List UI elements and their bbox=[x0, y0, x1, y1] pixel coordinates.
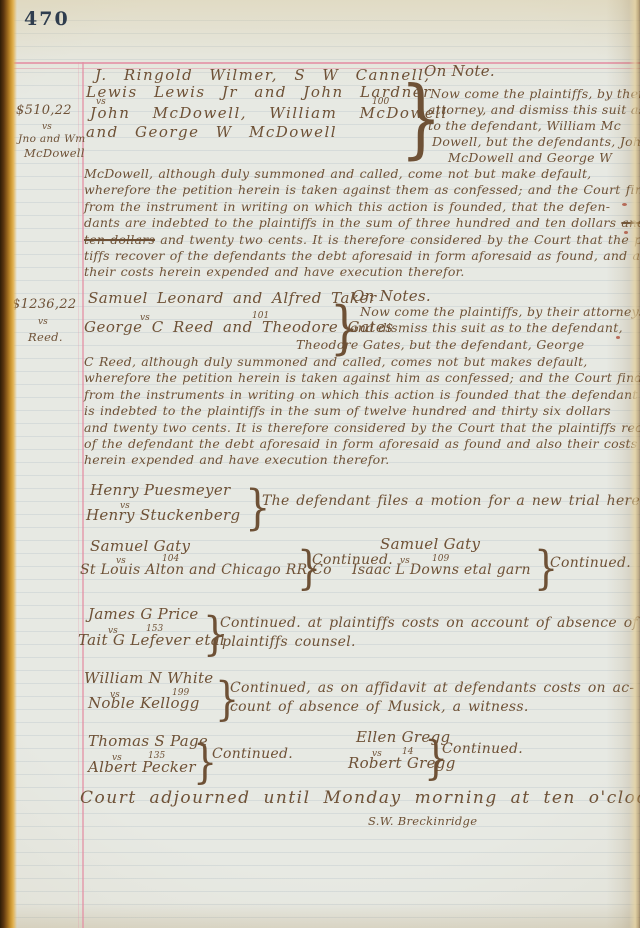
cause-of-action: On Notes. bbox=[352, 287, 431, 305]
entry-note: Continued, as on affidavit at defendants… bbox=[230, 680, 634, 696]
body-line: their costs herein expended and have exe… bbox=[84, 264, 640, 280]
margin-parties: Reed. bbox=[28, 330, 63, 344]
annotation-line: to the defendant, William Mc bbox=[428, 118, 621, 133]
body-line: dants are indebted to the plaintiffs in … bbox=[84, 215, 640, 231]
page-rule-horizontal bbox=[13, 62, 640, 64]
defendant-caption: St Louis Alton and Chicago RR Co bbox=[80, 562, 332, 578]
body-line: from the instrument in writing on which … bbox=[84, 199, 640, 215]
entry-note: Continued. bbox=[550, 555, 631, 571]
judgment-entry-text: C Reed, although duly summoned and calle… bbox=[84, 354, 640, 469]
plaintiff-caption: Thomas S Page bbox=[88, 732, 208, 750]
plaintiff-caption: J. Ringold Wilmer, S W Cannell, bbox=[95, 66, 431, 84]
entry-note: Musick, a witness. bbox=[388, 699, 529, 715]
body-line: McDowell, although duly summoned and cal… bbox=[84, 166, 640, 182]
annotation-line: Theodore Gates, but the defendant, Georg… bbox=[296, 337, 584, 352]
annotation-line: Dowell, but the defendants, John bbox=[432, 134, 640, 149]
defendant-caption: John McDowell, William McDowell bbox=[90, 104, 448, 122]
judgment-entry-text: McDowell, although duly summoned and cal… bbox=[84, 166, 640, 281]
plaintiff-caption: Henry Puesmeyer bbox=[90, 481, 230, 499]
clerk-signature: S.W. Breckinridge bbox=[368, 814, 477, 828]
entry-note: count of absence of bbox=[230, 699, 380, 715]
page-number: 470 bbox=[24, 8, 70, 30]
defendant-caption: and George W McDowell bbox=[86, 123, 337, 141]
defendant-caption: Isaac L Downs etal garn bbox=[352, 562, 531, 578]
plaintiff-caption: James G Price bbox=[88, 605, 199, 623]
ink-speck bbox=[624, 231, 628, 234]
page-rule-vertical bbox=[78, 62, 79, 928]
body-line: is indebted to the plaintiffs in the sum… bbox=[84, 403, 640, 419]
margin-parties: McDowell bbox=[24, 146, 85, 160]
margin-vs: vs bbox=[38, 317, 48, 327]
annotation-line: Now come the plaintiffs, by their bbox=[430, 86, 640, 101]
margin-amount: $1236,22 bbox=[12, 297, 76, 312]
body-line: C Reed, although duly summoned and calle… bbox=[84, 354, 640, 370]
annotation-line: attorney, and dismiss this suit as bbox=[428, 102, 640, 117]
adjournment-line: Court adjourned until Monday morning at … bbox=[80, 788, 640, 808]
body-line: wherefore the petition herein is taken a… bbox=[84, 182, 640, 198]
defendant-caption: Henry Stuckenberg bbox=[86, 506, 240, 524]
margin-amount: $510,22 bbox=[16, 103, 72, 118]
body-line: tiffs recover of the defendants the debt… bbox=[84, 248, 640, 264]
plaintiff-caption: Samuel Gaty bbox=[90, 537, 190, 555]
body-line: wherefore the petition herein is taken a… bbox=[84, 370, 640, 386]
entry-note: Continued. bbox=[212, 746, 293, 762]
entry-note: Continued. bbox=[442, 741, 523, 757]
binding-edge bbox=[0, 0, 17, 928]
defendant-caption: George C Reed and Theodore Gates bbox=[84, 318, 394, 336]
body-line: and twenty two cents. It is therefore co… bbox=[84, 420, 640, 436]
margin-parties: Jno and Wm bbox=[18, 133, 85, 145]
ink-speck bbox=[616, 336, 620, 339]
ledger-page: 470 J. Ringold Wilmer, S W Cannell, Lewi… bbox=[0, 0, 640, 928]
annotation-line: Now come the plaintiffs, by their attorn… bbox=[360, 304, 640, 319]
body-line: from the instruments in writing on which… bbox=[84, 387, 640, 403]
body-line: ten dollars and twenty two cents. It is … bbox=[84, 232, 640, 248]
body-line: of the defendant the debt aforesaid in f… bbox=[84, 436, 640, 452]
ink-speck bbox=[622, 203, 627, 206]
margin-vs: vs bbox=[42, 122, 52, 132]
entry-note: Continued. at plaintiffs costs on accoun… bbox=[220, 615, 638, 631]
body-line: herein expended and have execution there… bbox=[84, 452, 640, 468]
defendant-caption: Albert Pecker bbox=[88, 758, 196, 776]
annotation-line: McDowell and George W bbox=[448, 150, 612, 165]
entry-note: The defendant files a motion for a new t… bbox=[262, 493, 640, 509]
defendant-caption: Noble Kellogg bbox=[88, 694, 200, 712]
plaintiff-caption: William N White bbox=[84, 669, 213, 687]
plaintiff-caption: Samuel Gaty bbox=[380, 535, 480, 553]
entry-note: plaintiffs counsel. bbox=[222, 634, 356, 650]
